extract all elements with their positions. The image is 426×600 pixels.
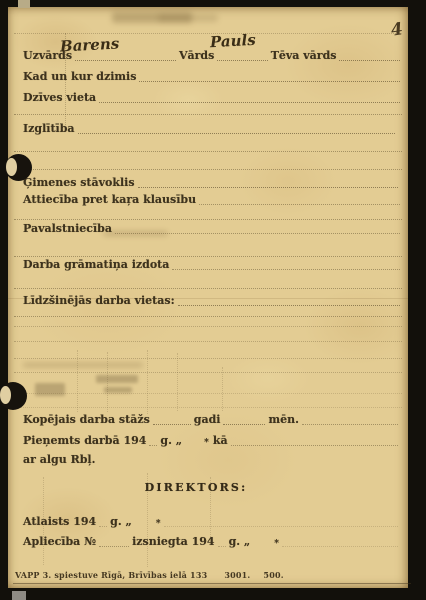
family-status-label: Ģimenes stāvoklis xyxy=(23,177,135,190)
certificate-extra-blank xyxy=(282,545,398,547)
surname-handwriting: Barens xyxy=(60,34,120,55)
certificate-number-blank xyxy=(99,545,129,547)
citizenship-label: Pavalstniecība xyxy=(23,223,112,236)
print-through-line xyxy=(77,350,79,412)
hired-year-blank xyxy=(149,444,157,446)
print-through-smudge xyxy=(158,14,218,22)
hired-as-label: kā xyxy=(213,435,228,448)
seniority-row: Kopējais darba stāžs gadi mēn. xyxy=(23,411,401,427)
print-through-line xyxy=(177,353,179,411)
name-label: Vārds xyxy=(179,50,214,63)
punched-hole xyxy=(5,154,32,181)
education-row: Izglītība xyxy=(23,120,398,136)
ruled-line xyxy=(14,315,402,317)
military-service-label: Attiecība pret kaŗa klausību xyxy=(23,194,196,207)
ruled-line xyxy=(14,325,402,327)
father-name-blank xyxy=(339,59,400,61)
previous-workplaces-row: Līdzšinējās darba vietas: xyxy=(23,292,403,308)
printer-imprint: VAPP 3. spiestuve Rīgā, Brīvības ielā 13… xyxy=(15,570,284,580)
ruled-line xyxy=(14,150,402,152)
dismissed-year-blank xyxy=(99,525,107,527)
form-paper-sheet: 4 Uzvārds Vārds Tēva vārds Barens Pauls … xyxy=(8,7,408,588)
born-blank xyxy=(139,80,400,82)
surname-blank xyxy=(75,59,176,61)
scanned-form-page: { "page": { "number": "4" }, "fields": {… xyxy=(0,0,426,600)
ink-smudge xyxy=(103,231,168,236)
dismissed-row: Atlaists 194 g. „ * xyxy=(23,513,401,529)
certificate-issued-label: izsniegta 194 xyxy=(132,536,214,549)
ruled-line xyxy=(14,357,402,359)
punched-hole xyxy=(0,382,27,410)
workbook-label: Darba grāmatiņa izdota xyxy=(23,259,169,272)
hired-year-suffix: g. „ xyxy=(160,435,182,448)
seniority-extra-blank xyxy=(302,423,398,425)
ink-smudge xyxy=(23,363,143,367)
education-label: Izglītība xyxy=(23,123,75,136)
ruled-line xyxy=(14,406,402,408)
name-handwriting: Pauls xyxy=(210,31,257,51)
previous-workplaces-label: Līdzšinējās darba vietas: xyxy=(23,295,175,308)
previous-workplaces-blank xyxy=(178,304,400,306)
family-status-row: Ģimenes stāvoklis xyxy=(23,174,401,190)
footer-rule-line xyxy=(13,583,411,584)
certificate-year-suffix: g. „ xyxy=(229,536,251,549)
seniority-years-label: gadi xyxy=(194,414,221,427)
seniority-label: Kopējais darba stāžs xyxy=(23,414,150,427)
dismissed-year-suffix: g. „ xyxy=(110,516,132,529)
seniority-months-label: mēn. xyxy=(268,414,298,427)
ruled-line xyxy=(14,168,402,170)
hired-label: Pieņemts darbā 194 xyxy=(23,435,146,448)
printer-imprint-count1: 3001. xyxy=(224,570,250,580)
salary-row: ar algu Rbļ. xyxy=(23,451,223,467)
father-name-label: Tēva vārds xyxy=(271,50,337,63)
hired-row: Pieņemts darbā 194 g. „ * kā xyxy=(23,432,401,448)
printer-imprint-count2: 500. xyxy=(263,570,283,580)
printer-imprint-text: VAPP 3. spiestuve Rīgā, Brīvības ielā 13… xyxy=(15,570,207,580)
workbook-row: Darba grāmatiņa izdota xyxy=(23,256,403,272)
family-status-blank xyxy=(138,186,398,188)
military-service-blank xyxy=(199,203,400,205)
hole-tear-highlight xyxy=(6,158,17,176)
certificate-row: Apliecība № izsniegta 194 g. „ * xyxy=(23,533,401,549)
workbook-blank xyxy=(172,268,400,270)
print-through-text xyxy=(35,383,65,396)
ruled-line xyxy=(14,340,402,342)
print-through-text xyxy=(96,375,138,383)
scan-edge-notch xyxy=(12,591,26,600)
hole-tear-highlight xyxy=(0,386,11,404)
citizenship-row: Pavalstniecība xyxy=(23,220,403,236)
salary-label: ar algu Rbļ. xyxy=(23,454,95,467)
hired-footnote-star: * xyxy=(204,438,209,448)
education-blank xyxy=(78,132,395,134)
residence-blank xyxy=(99,101,400,103)
ruled-line xyxy=(14,371,402,373)
ruled-line xyxy=(14,113,402,115)
military-service-row: Attiecība pret kaŗa klausību xyxy=(23,191,403,207)
dismissed-label: Atlaists 194 xyxy=(23,516,96,529)
print-through-line xyxy=(147,350,149,414)
seniority-years-blank xyxy=(153,423,191,425)
certificate-label: Apliecība № xyxy=(23,536,96,549)
page-number-handwritten: 4 xyxy=(390,19,405,40)
print-through-text xyxy=(104,387,132,393)
ruled-line xyxy=(14,287,402,289)
seniority-months-blank xyxy=(223,423,265,425)
print-through-line xyxy=(222,367,224,411)
dismissed-extra-blank xyxy=(164,525,398,527)
certificate-year-blank xyxy=(218,545,226,547)
certificate-footnote-star: * xyxy=(274,539,279,549)
born-label: Kad un kur dzimis xyxy=(23,71,136,84)
scan-edge-tab xyxy=(18,0,30,8)
residence-label: Dzīves vieta xyxy=(23,92,96,105)
born-row: Kad un kur dzimis xyxy=(23,68,403,84)
residence-row: Dzīves vieta xyxy=(23,89,403,105)
ruled-line xyxy=(14,32,400,34)
hired-position-blank xyxy=(231,444,398,446)
ruled-line xyxy=(14,392,402,394)
name-blank xyxy=(217,59,267,61)
dismissed-footnote-star: * xyxy=(156,519,161,529)
